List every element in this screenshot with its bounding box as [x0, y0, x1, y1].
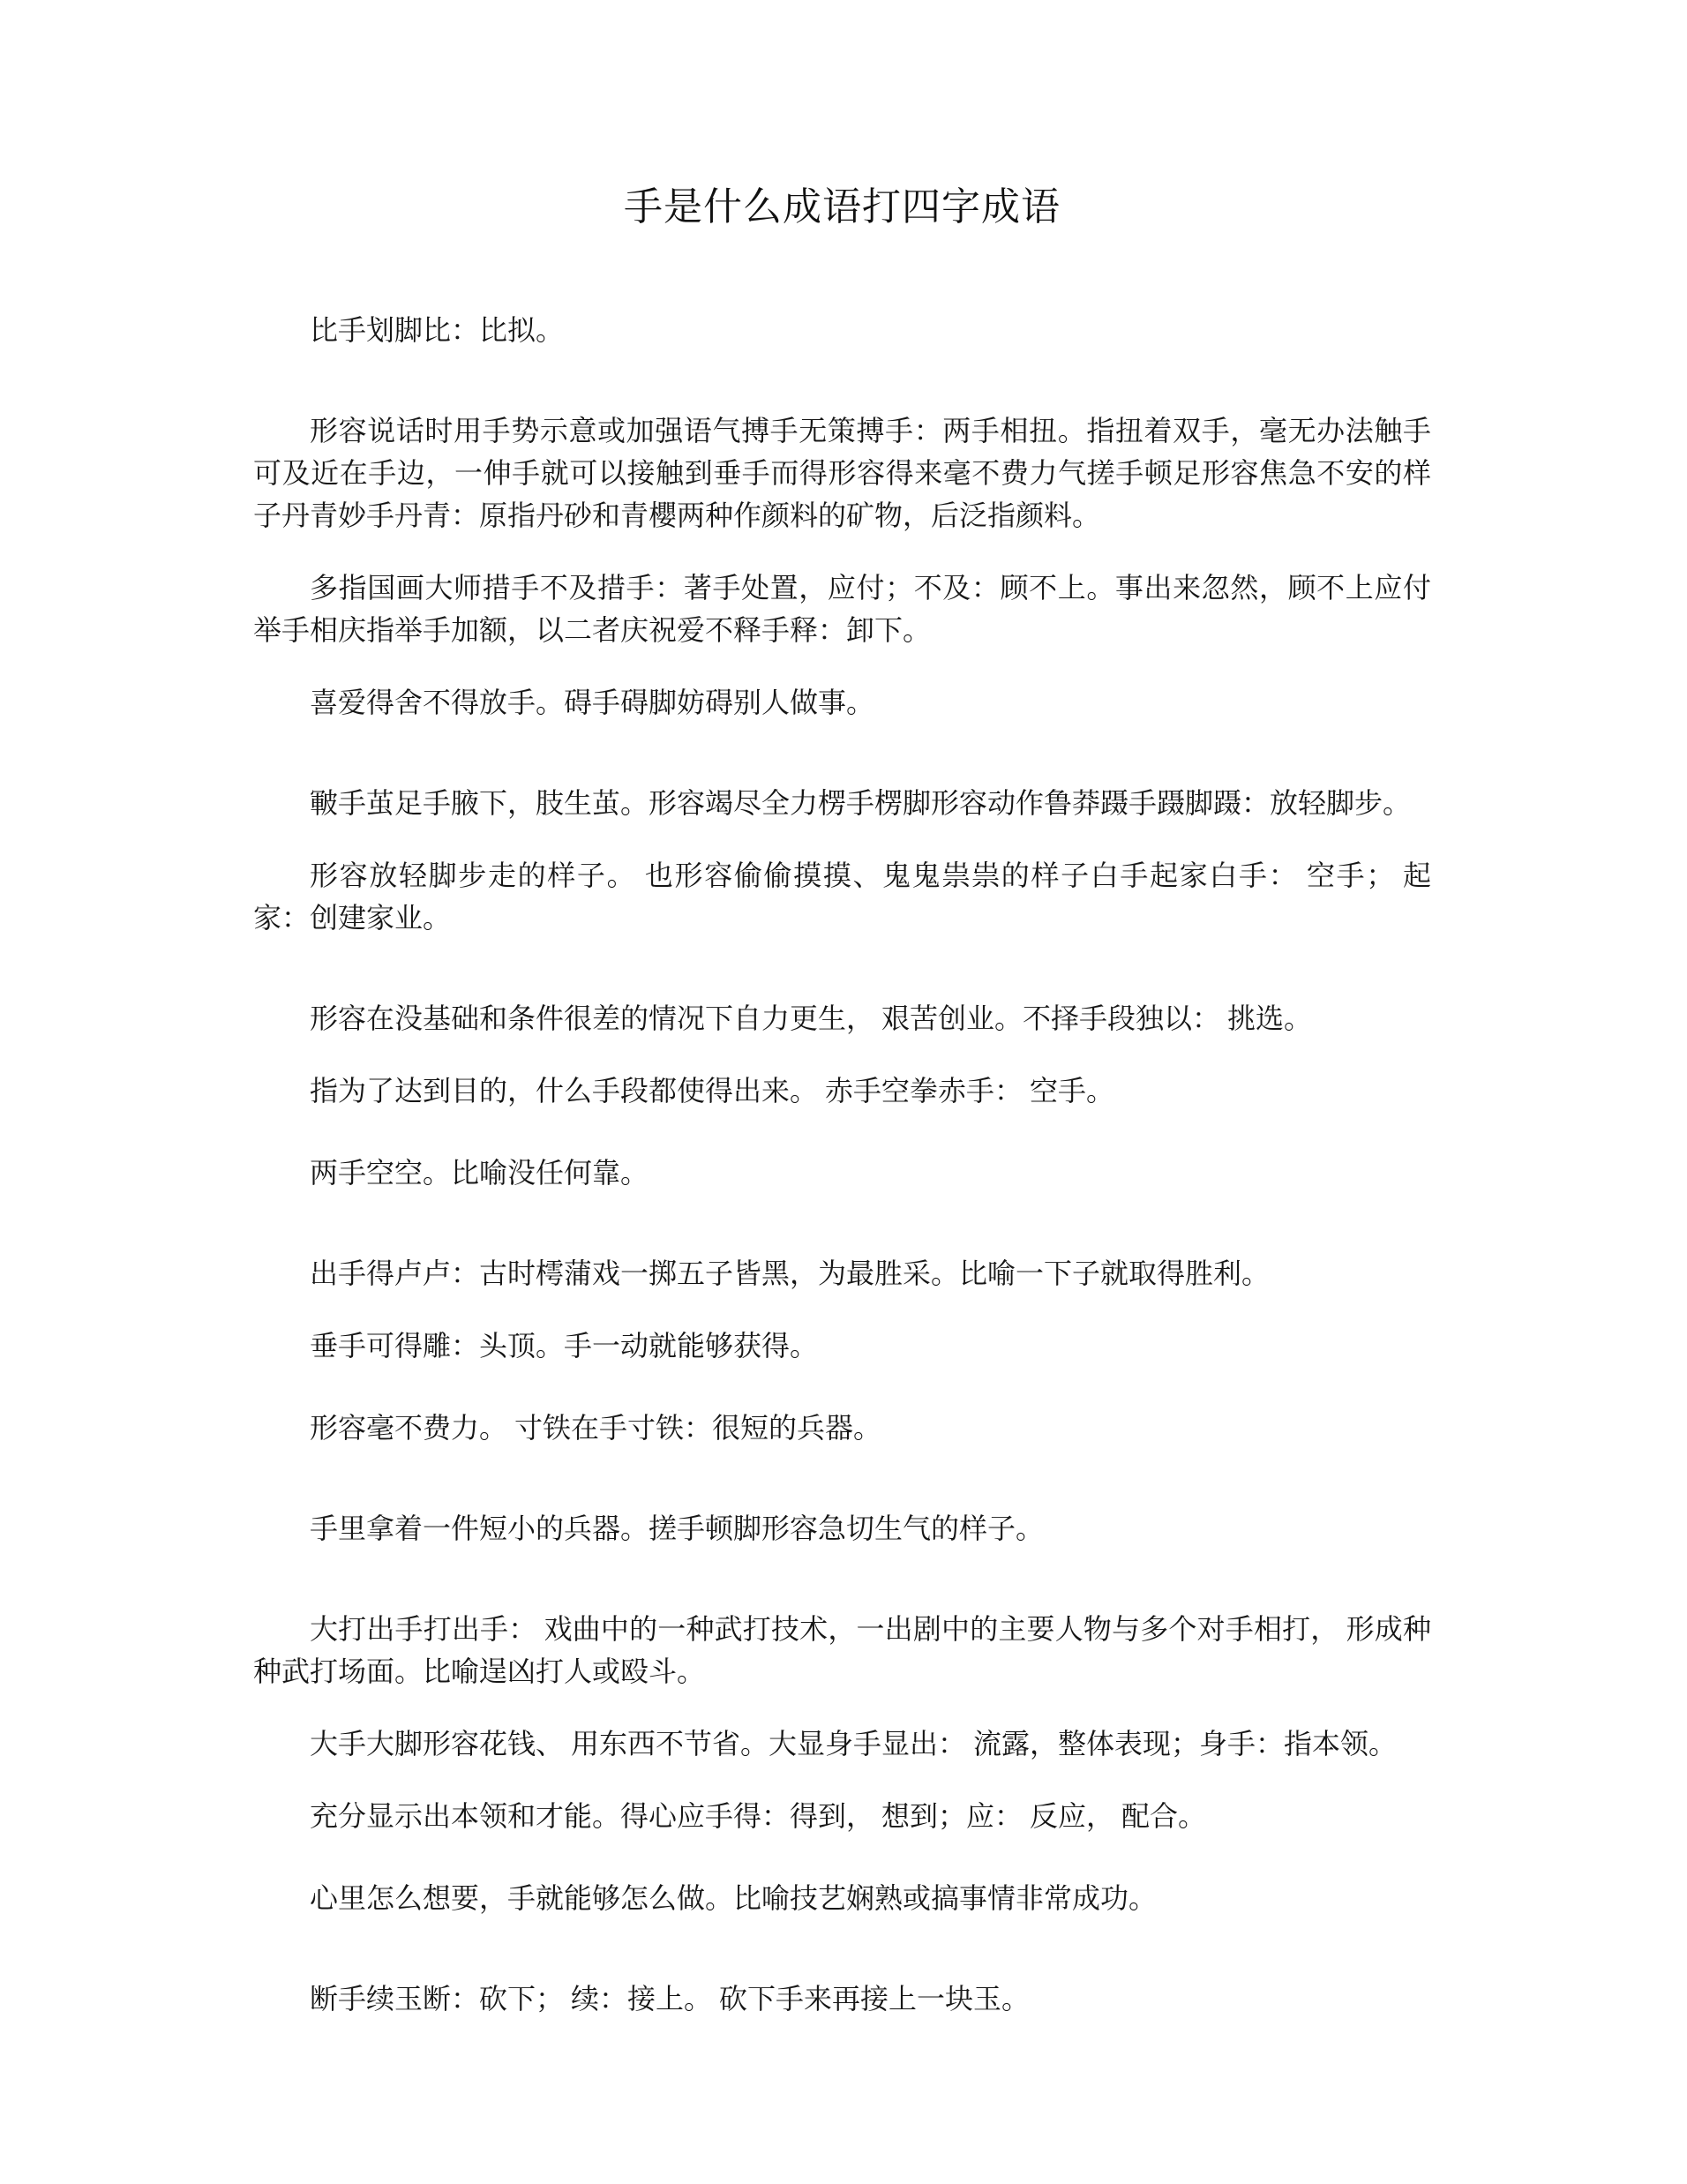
- paragraph: 手里拿着一件短小的兵器。搓手顿脚形容急切生气的样子。: [253, 1507, 1431, 1550]
- document-page: 手是什么成语打四字成语 比手划脚比：比拟。形容说话时用手势示意或加强语气搏手无策…: [0, 0, 1687, 2184]
- paragraph: 皸手茧足手腋下，肢生茧。形容竭尽全力楞手楞脚形容动作鲁莽蹑手蹑脚蹑：放轻脚步。: [253, 782, 1431, 824]
- paragraph: 形容放轻脚步走的样子。 也形容偷偷摸摸、鬼鬼祟祟的样子白手起家白手： 空手； 起…: [253, 854, 1431, 939]
- paragraph: 出手得卢卢：古时樗蒲戏一掷五子皆黑，为最胜采。比喻一下子就取得胜利。: [253, 1252, 1431, 1295]
- page-title: 手是什么成语打四字成语: [253, 0, 1431, 228]
- paragraph: 断手续玉断：砍下； 续：接上。 砍下手来再接上一块玉。: [253, 1978, 1431, 2020]
- paragraph: 比手划脚比：比拟。: [253, 309, 1431, 351]
- paragraph: 形容在没基础和条件很差的情况下自力更生， 艰苦创业。不择手段独以： 挑选。: [253, 997, 1431, 1039]
- paragraph: 形容毫不费力。 寸铁在手寸铁：很短的兵器。: [253, 1407, 1431, 1449]
- paragraph: 形容说话时用手势示意或加强语气搏手无策搏手：两手相扭。指扭着双手，毫无办法触手可…: [253, 409, 1431, 537]
- paragraph: 大打出手打出手： 戏曲中的一种武打技术，一出剧中的主要人物与多个对手相打， 形成…: [253, 1608, 1431, 1692]
- paragraph: 大手大脚形容花钱、 用东西不节省。大显身手显出： 流露，整体表现；身手：指本领。: [253, 1722, 1431, 1765]
- paragraph: 喜爱得舍不得放手。碍手碍脚妨碍别人做事。: [253, 681, 1431, 724]
- paragraph: 心里怎么想要，手就能够怎么做。比喻技艺娴熟或搞事情非常成功。: [253, 1877, 1431, 1919]
- paragraph: 充分显示出本领和才能。得心应手得：得到， 想到；应： 反应， 配合。: [253, 1795, 1431, 1837]
- paragraph: 垂手可得雕：头顶。手一动就能够获得。: [253, 1325, 1431, 1367]
- paragraph: 指为了达到目的，什么手段都使得出来。 赤手空拳赤手： 空手。: [253, 1069, 1431, 1112]
- paragraph: 两手空空。比喻没任何靠。: [253, 1152, 1431, 1194]
- document-content: 手是什么成语打四字成语 比手划脚比：比拟。形容说话时用手势示意或加强语气搏手无策…: [0, 0, 1687, 2020]
- paragraph: 多指国画大师措手不及措手：著手处置，应付；不及：顾不上。事出来忽然，顾不上应付举…: [253, 567, 1431, 651]
- document-body: 比手划脚比：比拟。形容说话时用手势示意或加强语气搏手无策搏手：两手相扭。指扭着双…: [253, 309, 1431, 2020]
